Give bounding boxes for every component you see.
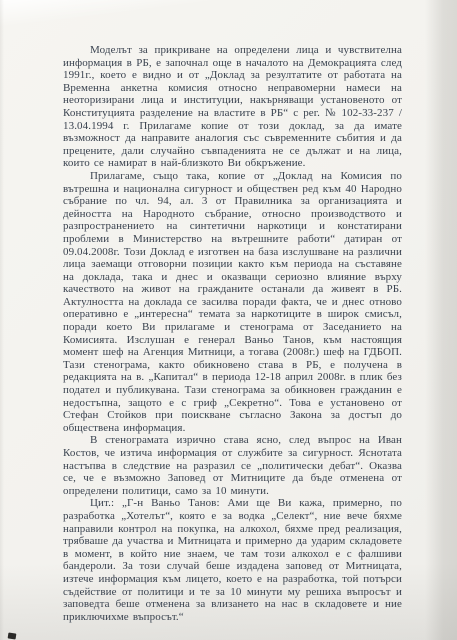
scan-corner-artifact — [8, 632, 17, 639]
scanned-document-page: Моделът за прикриване на определени лица… — [0, 0, 457, 640]
document-paragraph-commission-report: Прилагаме, също така, копие от „Доклад н… — [63, 170, 402, 434]
document-text-block: Моделът за прикриване на определени лица… — [63, 44, 402, 623]
document-paragraph-intro-model: Моделът за прикриване на определени лица… — [63, 44, 402, 170]
paper-left-edge-shade — [0, 0, 4, 640]
document-paragraph-tanov-quote: Цит.: „Г-н Ваньо Танов: Ами ще Ви кажа, … — [63, 497, 402, 623]
document-paragraph-stenogram-kostov: В стенограмата изрично става ясно, след … — [63, 434, 402, 497]
